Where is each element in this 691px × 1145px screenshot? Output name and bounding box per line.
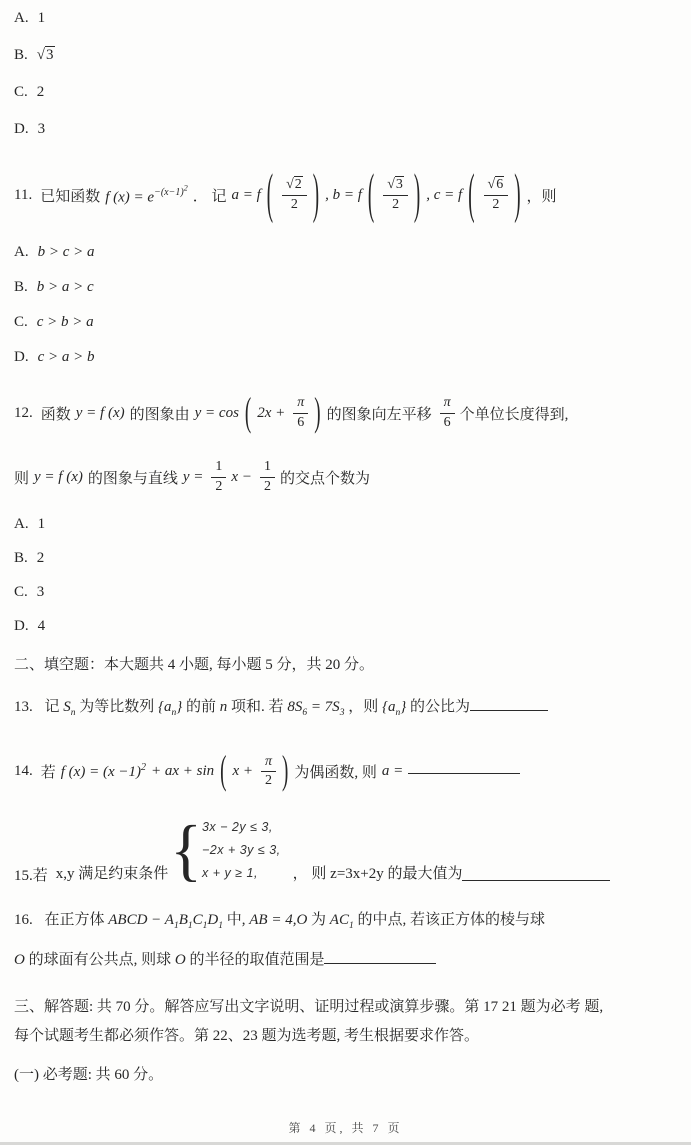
option-a: A.1	[14, 10, 673, 27]
option-expression: b > a > c	[37, 279, 94, 295]
right-brace-icon: }	[400, 699, 406, 715]
option-b: B.2	[14, 550, 673, 567]
question-11-options: A.b > c > a B.b > a > c C.c > b > a D.c …	[14, 244, 673, 366]
denominator: 6	[297, 414, 304, 432]
option-label: B.	[14, 550, 28, 566]
denominator: 2	[215, 478, 222, 496]
section-2-heading: 二、填空题：本大题共 4 小题, 每小题 5 分，共 20 分。	[14, 653, 673, 674]
option-label: B.	[14, 47, 28, 63]
fraction-1-over-2: 12	[260, 459, 275, 496]
answer-blank	[470, 706, 548, 711]
option-value: 3	[38, 121, 46, 137]
question-12-line1: 12. 函数 y = f (x) 的图象由 y = cos ( 2x + π6 …	[14, 384, 673, 442]
answer-blank	[408, 769, 520, 774]
left-paren-icon: (	[266, 167, 274, 222]
question-text: 为偶函数, 则	[294, 761, 377, 782]
option-a: A.b > c > a	[14, 244, 673, 261]
numerator: √3	[383, 177, 408, 196]
radical-sign: √	[37, 47, 45, 63]
fraction-sqrt2-over-2: √2 2	[282, 177, 307, 214]
page-footer: 第 4 页, 共 7 页	[0, 1119, 691, 1136]
question-text: 记	[45, 699, 60, 715]
question-12-line2: 则 y = f (x) 的图象与直线 y = 12 x − 12 的交点个数为	[14, 452, 673, 502]
numerator: π	[261, 754, 276, 773]
option-c: C.3	[14, 584, 673, 601]
expression: y = cos	[195, 405, 239, 422]
question-16-line2: O 的球面有公共点, 则球 O 的半径的取值范围是	[14, 945, 673, 977]
option-value: 1	[38, 516, 46, 532]
option-label: D.	[14, 121, 29, 137]
radicand: 3	[395, 176, 404, 192]
option-a: A.1	[14, 516, 673, 533]
section-3-line1: 三、解答题: 共 70 分。解答应写出文字说明、证明过程或演算步骤。第 17 2…	[14, 993, 673, 1022]
question-13: 13. 记 Sn 为等比数列 {an} 的前 n 项和. 若 8S6 = 7S3…	[14, 692, 673, 724]
fraction-1-over-2: 12	[211, 459, 226, 496]
question-text: ． 记	[193, 185, 227, 206]
equation: 8S6 = 7S3	[287, 699, 344, 715]
inequality-3: x + y ≥ 1,	[202, 862, 281, 885]
numerator: π	[440, 395, 455, 414]
inequality-list: 3x − 2y ≤ 3, −2x + 3y ≤ 3, x + y ≥ 1,	[202, 816, 281, 885]
option-label: B.	[14, 279, 28, 295]
paren-content: 2x +	[257, 405, 285, 422]
symbol-sub: n	[71, 708, 76, 718]
question-text: x,y 满足约束条件	[56, 862, 169, 885]
cube-base: D	[207, 912, 218, 928]
question-number: 14.	[14, 763, 33, 780]
term-a-lhs: a = f	[231, 187, 260, 204]
question-text: ， 则 z=3x+2y 的最大值为	[293, 862, 463, 885]
equation-rhs-sub: 3	[340, 708, 345, 718]
question-text: 的公比为	[410, 699, 470, 715]
fraction-pi-over-6: π6	[440, 395, 455, 432]
cube-base: ABCD − A	[108, 912, 174, 928]
denominator: 2	[492, 196, 499, 214]
cube-base: C	[193, 912, 203, 928]
question-number: 11.	[14, 187, 32, 204]
question-text: 的半径的取值范围是	[189, 952, 324, 968]
equation-rhs: = 7S	[311, 699, 340, 715]
sequence-sum-symbol: Sn	[63, 699, 75, 715]
option-label: D.	[14, 349, 29, 365]
question-text: 个单位长度得到,	[460, 403, 569, 424]
question-number: 13.	[14, 699, 33, 715]
expression-power: 2	[141, 762, 146, 773]
option-d: D.4	[14, 618, 673, 635]
expression: f (x) = (x −1)2	[61, 762, 146, 781]
question-text: 的图象由	[130, 403, 190, 424]
question-text: 若	[41, 761, 56, 782]
denominator: 2	[291, 196, 298, 214]
option-label: A.	[14, 10, 29, 26]
question-text: 的中点, 若该正方体的棱与球	[357, 912, 545, 928]
right-paren-icon: )	[413, 167, 421, 222]
question-text: 已知函数	[40, 185, 100, 206]
option-label: A.	[14, 516, 29, 532]
option-d: D.c > a > b	[14, 349, 673, 366]
option-b: B.√3	[14, 47, 673, 64]
prev-question-options: A.1 B.√3 C.2 D.3	[14, 10, 673, 138]
sqrt-expression: √3	[37, 46, 55, 63]
denominator: 6	[444, 414, 451, 432]
radical-sign: √	[387, 177, 395, 192]
numerator: √6	[484, 177, 509, 196]
option-label: A.	[14, 244, 29, 260]
fraction-sqrt3-over-2: √3 2	[383, 177, 408, 214]
left-paren-icon: (	[367, 167, 375, 222]
exponent-power: 2	[184, 184, 188, 193]
question-text: 的图象向左平移	[327, 403, 432, 424]
denominator: 2	[265, 772, 272, 790]
symbol-base: S	[63, 699, 71, 715]
question-text: ，则	[348, 699, 378, 715]
question-number: 12.	[14, 405, 33, 422]
variable-n: n	[220, 699, 228, 715]
question-text: 中,	[227, 912, 246, 928]
radicand: 6	[495, 176, 504, 192]
fraction-sqrt6-over-2: √6 2	[484, 177, 509, 214]
expression: + ax + sin	[151, 763, 214, 780]
cube-sub: 1	[218, 921, 223, 931]
option-expression: c > a > b	[38, 349, 95, 365]
question-number: 15.若	[14, 864, 48, 885]
exponent-base: −(x−1)	[154, 187, 184, 198]
sequence-symbol: {an}	[158, 699, 182, 715]
question-text: 为等比数列	[79, 699, 154, 715]
question-number: 16.	[14, 912, 33, 928]
option-c: C.2	[14, 84, 673, 101]
question-15: 15.若 x,y 满足约束条件 { 3x − 2y ≤ 3, −2x + 3y …	[14, 816, 673, 885]
inequality-1: 3x − 2y ≤ 3,	[202, 816, 281, 839]
section-3-heading: 三、解答题: 共 70 分。解答应写出文字说明、证明过程或演算步骤。第 17 2…	[14, 993, 673, 1052]
radicand: 3	[45, 46, 55, 63]
right-paren-icon: )	[513, 167, 521, 222]
term-b-lhs: , b = f	[325, 187, 362, 204]
fraction-pi-over-2: π2	[261, 754, 276, 791]
constraint-system: { 3x − 2y ≤ 3, −2x + 3y ≤ 3, x + y ≥ 1,	[170, 816, 280, 885]
question-text: 函数	[41, 403, 71, 424]
radical-sign: √	[286, 177, 294, 192]
left-paren-icon: (	[244, 393, 252, 433]
question-text: 在正方体	[45, 912, 105, 928]
expression: y = f (x)	[76, 405, 125, 422]
right-paren-icon: )	[281, 752, 289, 792]
option-expression: b > c > a	[38, 244, 95, 260]
option-value: 3	[37, 584, 45, 600]
option-value: 2	[37, 550, 45, 566]
question-text: 的前	[186, 699, 216, 715]
right-paren-icon: )	[312, 167, 320, 222]
right-brace-icon: }	[176, 699, 182, 715]
question-text: 则	[14, 467, 29, 488]
numerator: 1	[211, 459, 226, 478]
option-c: C.c > b > a	[14, 314, 673, 331]
equation-lhs-sub: 6	[302, 708, 307, 718]
term-c-lhs: , c = f	[426, 187, 462, 204]
option-label: C.	[14, 84, 28, 100]
section-3-line2: 每个试题考生都必须作答。第 22、23 题为选考题, 考生根据要求作答。	[14, 1022, 673, 1051]
option-label: C.	[14, 314, 28, 330]
question-text: 的交点个数为	[280, 467, 370, 488]
question-text: ，则	[527, 185, 557, 206]
left-paren-icon: (	[219, 752, 227, 792]
expression: y = f (x)	[34, 469, 83, 486]
question-16-line1: 16. 在正方体 ABCD − A1B1C1D1 中, AB = 4,O 为 A…	[14, 905, 673, 937]
section-3-part1: (一) 必考题: 共 60 分。	[14, 1063, 673, 1084]
option-value: 2	[37, 84, 45, 100]
left-brace-icon: {	[170, 819, 202, 881]
expression: y =	[183, 469, 204, 486]
numerator: 1	[260, 459, 275, 478]
expression: x −	[231, 469, 252, 486]
fraction-pi-over-6: π6	[293, 395, 308, 432]
left-paren-icon: (	[467, 167, 475, 222]
question-text: 项和. 若	[231, 699, 284, 715]
sphere-center-symbol: O	[14, 952, 25, 968]
option-d: D.3	[14, 121, 673, 138]
question-text: 的球面有公共点, 则球	[29, 952, 172, 968]
segment-base: AC	[330, 912, 349, 928]
question-14: 14. 若 f (x) = (x −1)2 + ax + sin ( x + π…	[14, 744, 673, 800]
symbol-base: a	[164, 699, 172, 715]
radicand: 2	[294, 176, 303, 192]
cube-symbol: ABCD − A1B1C1D1	[108, 912, 223, 928]
answer-blank	[462, 876, 610, 881]
sphere-center-symbol: O	[175, 952, 186, 968]
expression: a =	[382, 763, 403, 780]
inequality-2: −2x + 3y ≤ 3,	[202, 839, 281, 862]
expression: AB = 4,O	[249, 912, 307, 928]
question-12-options: A.1 B.2 C.3 D.4	[14, 516, 673, 635]
cube-base: B	[179, 912, 188, 928]
option-value: 1	[38, 10, 46, 26]
option-expression: c > b > a	[37, 314, 94, 330]
answer-blank	[324, 959, 436, 964]
segment-symbol: AC1	[330, 912, 354, 928]
question-text: 的图象与直线	[88, 467, 178, 488]
function-base: f (x) = e	[105, 189, 154, 205]
numerator: √2	[282, 177, 307, 196]
option-label: D.	[14, 618, 29, 634]
question-11: 11. 已知函数 f (x) = e−(x−1)2 ． 记 a = f ( √2…	[14, 164, 673, 226]
exponent: −(x−1)2	[154, 187, 188, 198]
question-text: 为	[311, 912, 326, 928]
right-paren-icon: )	[313, 393, 321, 433]
option-label: C.	[14, 584, 28, 600]
sequence-symbol: {an}	[382, 699, 406, 715]
option-b: B.b > a > c	[14, 279, 673, 296]
option-value: 4	[38, 618, 46, 634]
numerator: π	[293, 395, 308, 414]
exam-page: A.1 B.√3 C.2 D.3 11. 已知函数 f (x) = e−(x−1…	[0, 0, 691, 1145]
denominator: 2	[392, 196, 399, 214]
paren-content: x +	[232, 763, 253, 780]
denominator: 2	[264, 478, 271, 496]
function-definition: f (x) = e−(x−1)2	[105, 184, 187, 206]
expression-base: f (x) = (x −1)	[61, 764, 141, 780]
equation-lhs: 8S	[287, 699, 302, 715]
segment-sub: 1	[349, 921, 354, 931]
